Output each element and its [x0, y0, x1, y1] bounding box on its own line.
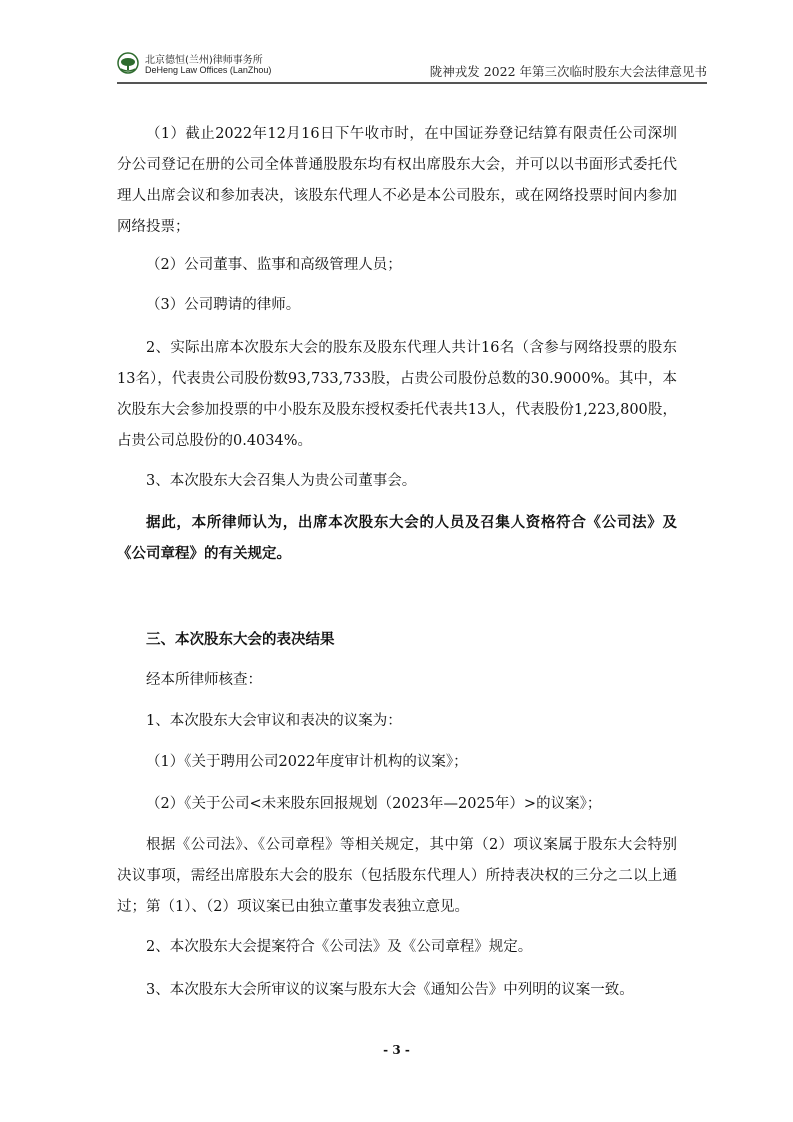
- paragraph-conclusion: 据此，本所律师认为，出席本次股东大会的人员及召集人资格符合《公司法》及《公司章程…: [117, 508, 677, 570]
- paragraph-compliance: 2、本次股东大会提案符合《公司法》及《公司章程》规定。: [117, 932, 677, 963]
- paragraph-directors: （2）公司董事、监事和高级管理人员；: [117, 250, 677, 281]
- paragraph-consistency: 3、本次股东大会所审议的议案与股东大会《通知公告》中列明的议案一致。: [117, 975, 677, 1006]
- page-header: 北京德恒(兰州)律师事务所 DeHeng Law Offices (LanZho…: [117, 48, 707, 84]
- firm-logo-icon: [117, 52, 139, 74]
- list-item-proposal-2: （2）《关于公司<未来股东回报规划（2023年—2025年）>的议案》；: [117, 789, 677, 820]
- paragraph-verification: 经本所律师核查：: [117, 665, 677, 696]
- section-heading-voting-results: 三、本次股东大会的表决结果: [117, 625, 677, 656]
- paragraph-proposals-intro: 1、本次股东大会审议和表决的议案为：: [117, 706, 677, 737]
- paragraph-eligible-shareholders: （1）截止2022年12月16日下午收市时，在中国证券登记结算有限责任公司深圳分…: [117, 119, 677, 243]
- document-title: 陇神戎发 2022 年第三次临时股东大会法律意见书: [430, 62, 707, 80]
- header-divider: [117, 82, 707, 84]
- firm-name-cn: 北京德恒(兰州)律师事务所: [145, 51, 263, 66]
- paragraph-attendance: 2、实际出席本次股东大会的股东及股东代理人共计16名（含参与网络投票的股东13名…: [117, 333, 677, 457]
- list-item-proposal-1: （1）《关于聘用公司2022年度审计机构的议案》；: [117, 747, 677, 778]
- page-number: - 3 -: [0, 1043, 793, 1057]
- firm-name-en: DeHeng Law Offices (LanZhou): [145, 65, 271, 75]
- paragraph-convener: 3、本次股东大会召集人为贵公司董事会。: [117, 466, 677, 497]
- paragraph-special-resolution: 根据《公司法》、《公司章程》等相关规定，其中第（2）项议案属于股东大会特别决议事…: [117, 830, 677, 923]
- paragraph-lawyers: （3）公司聘请的律师。: [117, 290, 677, 321]
